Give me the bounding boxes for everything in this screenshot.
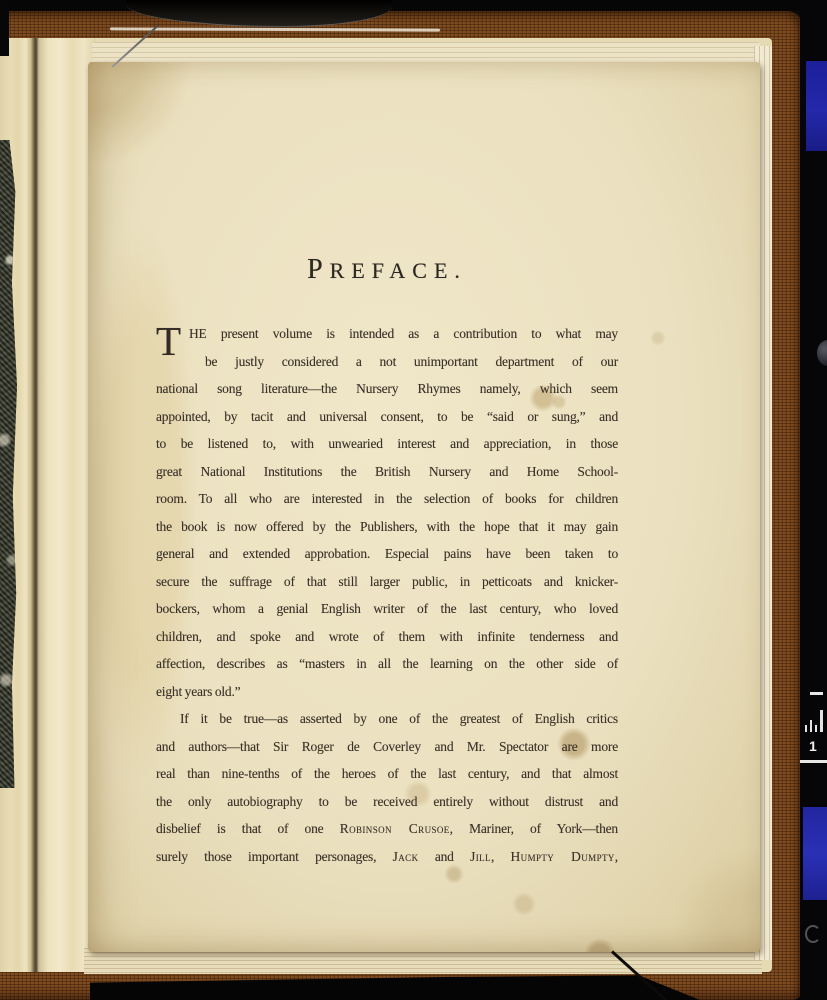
text-segment: bockers, whom a genial English writer of… bbox=[156, 601, 618, 616]
small-caps-text: Jill bbox=[470, 849, 491, 864]
text-segment: to be listened to, with unwearied intere… bbox=[156, 436, 618, 451]
text-segment: , Mariner, of York—then bbox=[450, 821, 618, 836]
text-line: and authors—that Sir Roger de Coverley a… bbox=[156, 733, 618, 761]
text-line: affection, describes as “masters in all … bbox=[156, 650, 618, 678]
text-segment: If it be true—as asserted by one of the … bbox=[180, 711, 618, 726]
page-title: PREFACE. bbox=[156, 254, 618, 286]
book-page: PREFACE. T HE present volume is intended… bbox=[88, 62, 760, 952]
calibration-strip-top bbox=[806, 61, 827, 151]
text-segment: disbelief is that of one bbox=[156, 821, 340, 836]
text-segment: , bbox=[615, 849, 618, 864]
small-caps-text: Jack bbox=[393, 849, 419, 864]
text-line: bockers, whom a genial English writer of… bbox=[156, 595, 618, 623]
text-line: be justly considered a not unimportant d… bbox=[156, 348, 618, 376]
cradle-ruler: 1 bbox=[800, 684, 827, 776]
text-segment: great National Institutions the British … bbox=[156, 464, 618, 479]
ruler-dash bbox=[810, 692, 823, 695]
paragraphs-container: HE present volume is intended as a contr… bbox=[156, 320, 618, 870]
cradle-bolt bbox=[817, 340, 827, 366]
text-segment: and authors—that Sir Roger de Coverley a… bbox=[156, 739, 618, 754]
text-segment: the book is now offered by the Publisher… bbox=[156, 519, 618, 534]
text-segment: affection, describes as “masters in all … bbox=[156, 656, 618, 671]
text-segment: general and extended approbation. Especi… bbox=[156, 546, 618, 561]
text-line: general and extended approbation. Especi… bbox=[156, 540, 618, 568]
text-line: If it be true—as asserted by one of the … bbox=[156, 705, 618, 733]
text-line: the book is now offered by the Publisher… bbox=[156, 513, 618, 541]
text-segment: be justly considered a not unimportant d… bbox=[205, 354, 618, 369]
text-segment: room. To all who are interested in the s… bbox=[156, 491, 618, 506]
text-line: HE present volume is intended as a contr… bbox=[156, 320, 618, 348]
text-line: national song literature—the Nursery Rhy… bbox=[156, 375, 618, 403]
text-line: surely those important personages, Jack … bbox=[156, 843, 618, 871]
background-top-strip bbox=[0, 0, 827, 11]
text-line: secure the suffrage of that still larger… bbox=[156, 568, 618, 596]
text-line: great National Institutions the British … bbox=[156, 458, 618, 486]
left-page-edges bbox=[0, 38, 96, 972]
text-line: disbelief is that of one Robinson Crusoe… bbox=[156, 815, 618, 843]
ruler-tick-marks bbox=[803, 710, 827, 736]
book-scan-scene: PREFACE. T HE present volume is intended… bbox=[0, 0, 827, 1000]
text-segment: and bbox=[418, 849, 470, 864]
calibration-strip-bottom bbox=[803, 807, 827, 900]
background-top-left bbox=[0, 0, 9, 56]
paragraph: If it be true—as asserted by one of the … bbox=[156, 705, 618, 870]
ruler-line bbox=[800, 760, 827, 763]
text-segment: national song literature—the Nursery Rhy… bbox=[156, 381, 618, 396]
small-caps-text: Humpty Dumpty bbox=[511, 849, 615, 864]
paragraph: HE present volume is intended as a contr… bbox=[156, 320, 618, 705]
text-line: eight years old.” bbox=[156, 678, 618, 706]
text-segment: secure the suffrage of that still larger… bbox=[156, 574, 618, 589]
text-line: real than nine-tenths of the heroes of t… bbox=[156, 760, 618, 788]
text-segment: HE present volume is intended as a contr… bbox=[189, 326, 618, 341]
ruler-number: 1 bbox=[809, 738, 817, 754]
cradle-right-column: 1 bbox=[800, 0, 827, 1000]
dropcap-letter: T bbox=[156, 321, 181, 361]
text-line: the only autobiography to be received en… bbox=[156, 788, 618, 816]
text-line: appointed, by tacit and universal consen… bbox=[156, 403, 618, 431]
text-block: T HE present volume is intended as a con… bbox=[156, 320, 618, 870]
text-line: room. To all who are interested in the s… bbox=[156, 485, 618, 513]
text-segment: real than nine-tenths of the heroes of t… bbox=[156, 766, 618, 781]
text-segment: surely those important personages, bbox=[156, 849, 393, 864]
small-caps-text: Robinson Crusoe bbox=[340, 821, 450, 836]
text-segment: appointed, by tacit and universal consen… bbox=[156, 409, 618, 424]
text-line: to be listened to, with unwearied intere… bbox=[156, 430, 618, 458]
ring-mark bbox=[805, 925, 821, 943]
text-segment: , bbox=[491, 849, 511, 864]
text-segment: the only autobiography to be received en… bbox=[156, 794, 618, 809]
text-line: children, and spoke and wrote of them wi… bbox=[156, 623, 618, 651]
text-segment: children, and spoke and wrote of them wi… bbox=[156, 629, 618, 644]
text-segment: eight years old.” bbox=[156, 684, 240, 699]
